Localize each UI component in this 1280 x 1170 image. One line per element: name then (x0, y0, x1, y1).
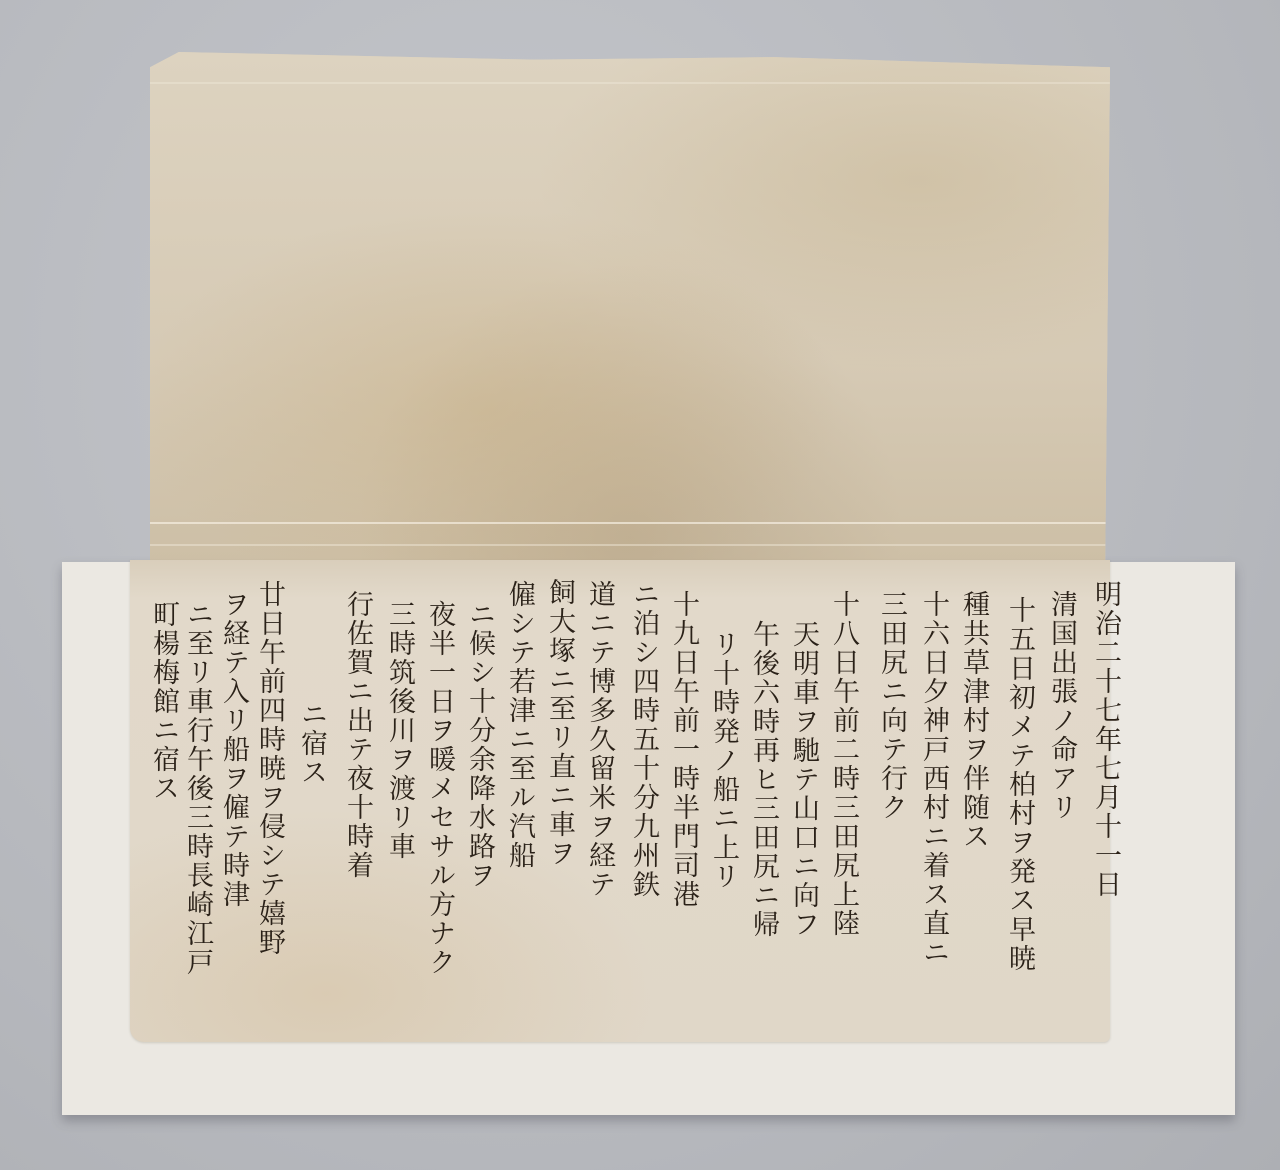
tissue-crease (150, 522, 1110, 524)
tissue-crease (150, 544, 1110, 546)
diary-text-column: 天明車ヲ馳テ山口ニ向フ (790, 620, 817, 939)
handwritten-diary-sheet: 明治二十七年七月十一日清国出張ノ命アリ十五日初メテ柏村ヲ発ス早暁種共草津村ヲ伴随… (130, 560, 1110, 1042)
tissue-crease (150, 82, 1110, 84)
diary-text-column: ニ至リ車行午後三時長崎江戸 (184, 600, 211, 977)
diary-text-column: 午後六時再ヒ三田尻ニ帰 (750, 620, 777, 939)
diary-text-column: 三田尻ニ向テ行ク (878, 590, 905, 822)
diary-text-column: リ十時発ノ船ニ上リ (710, 630, 737, 891)
diary-text-column: 行佐賀ニ出テ夜十時着 (344, 590, 371, 880)
diary-text-column: 種共草津村ヲ伴随ス (960, 590, 987, 851)
diary-text-column: 僱シテ若津ニ至ル汽船 (506, 580, 533, 870)
diary-text-column: 十六日夕神戸西村ニ着ス直ニ (920, 590, 947, 967)
diary-text-column: ニ候シ十分余降水路ヲ (466, 600, 493, 890)
diary-text-column: ニ泊シ四時五十分九州鉄 (630, 580, 657, 899)
diary-text-column: 夜半一日ヲ暖メセサル方ナク (426, 600, 453, 977)
diary-text-column: ヲ経テ入リ船ヲ僱テ時津 (220, 590, 247, 909)
diary-text-column: 道ニテ博多久留米ヲ経テ (586, 580, 613, 899)
diary-text-column: 清国出張ノ命アリ (1048, 590, 1075, 822)
diary-text-column: 十九日午前一時半門司港 (670, 590, 697, 909)
diary-text-column: 飼大塚ニ至リ直ニ車ヲ (546, 578, 573, 868)
diary-text-column: 十五日初メテ柏村ヲ発ス早暁 (1006, 596, 1033, 973)
diary-text-column: 十八日午前二時三田尻上陸 (830, 590, 857, 938)
diary-text-column: 町楊梅館ニ宿ス (150, 600, 177, 803)
diary-text-column: 三時筑後川ヲ渡リ車 (386, 600, 413, 861)
diary-text-column: 廿日午前四時暁ヲ侵シテ嬉野 (256, 580, 283, 957)
tissue-paper-flap (150, 52, 1110, 562)
diary-text-column: 明治二十七年七月十一日 (1092, 580, 1119, 899)
diary-text-column: ニ宿ス (298, 700, 325, 787)
